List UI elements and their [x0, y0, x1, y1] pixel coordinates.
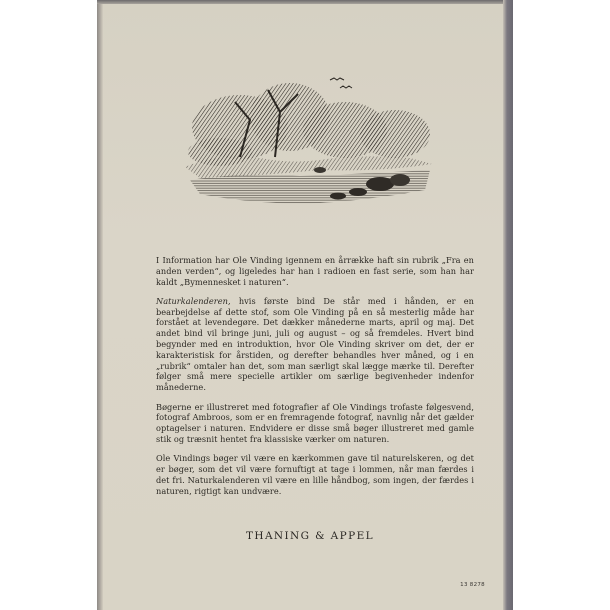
cover-spine-edge — [503, 0, 513, 610]
book-title-italic: Naturkalenderen, — [156, 296, 231, 306]
paragraph-2-body: hvis første bind De står med i hånden, e… — [156, 296, 474, 392]
cover-left-edge — [97, 0, 103, 610]
landscape-engraving-icon — [180, 72, 435, 210]
paragraph-4: Ole Vindings bøger vil være en kærkommen… — [156, 453, 474, 496]
paragraph-1: I Information har Ole Vinding igennem en… — [156, 255, 474, 287]
paragraph-2: Naturkalenderen, hvis første bind De stå… — [156, 296, 474, 393]
paragraph-3: Bøgerne er illustreret med fotografier a… — [156, 402, 474, 445]
catalog-code: 13 8278 — [445, 582, 485, 588]
publisher-name: THANING & APPEL — [200, 530, 420, 542]
description-text: I Information har Ole Vinding igennem en… — [156, 255, 474, 505]
cover-top-edge — [97, 0, 512, 4]
